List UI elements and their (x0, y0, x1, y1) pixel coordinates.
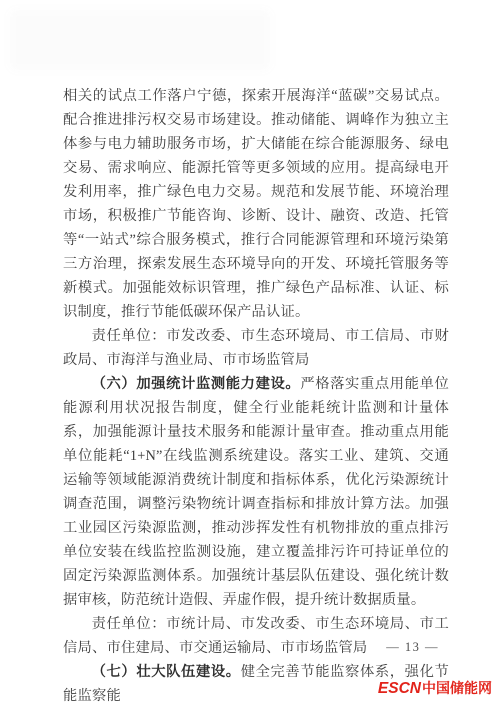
scan-bleed-through (10, 10, 270, 70)
escn-logo-cn-text: 中国储能网 (422, 680, 492, 696)
section-6-body-text: 严格落实重点用能单位能源利用状况报告制度，健全行业能耗统计监测和计量体系，加强能… (63, 376, 449, 608)
paragraph-market-mechanisms: 相关的试点工作落户宁德，探索开展海洋“蓝碳”交易试点。配合推进排污权交易市场建设… (63, 84, 449, 324)
paragraph-text: 相关的试点工作落户宁德，探索开展海洋“蓝碳”交易试点。配合推进排污权交易市场建设… (63, 88, 449, 320)
responsibility-units-text: 责任单位：市发改委、市生态环境局、市工信局、市财政局、市海洋与渔业局、市市场监管… (63, 328, 449, 368)
document-page: 相关的试点工作落户宁德，探索开展海洋“蓝碳”交易试点。配合推进排污权交易市场建设… (0, 0, 500, 706)
section-6-paragraph: （六）加强统计监测能力建设。严格落实重点用能单位能源利用状况报告制度，健全行业能… (63, 372, 449, 612)
section-6-heading: （六）加强统计监测能力建设。 (92, 376, 301, 392)
escn-logo-en-text: ESCN (378, 680, 421, 697)
document-body: 相关的试点工作落户宁德，探索开展海洋“蓝碳”交易试点。配合推进排污权交易市场建设… (63, 84, 449, 706)
section-7-heading: （七）壮大队伍建设。 (92, 664, 241, 680)
escn-logo: ESCN中国储能网 (378, 680, 492, 697)
responsibility-units-1: 责任单位：市发改委、市生态环境局、市工信局、市财政局、市海洋与渔业局、市市场监管… (63, 324, 449, 372)
page-number: — 13 — (386, 640, 439, 655)
